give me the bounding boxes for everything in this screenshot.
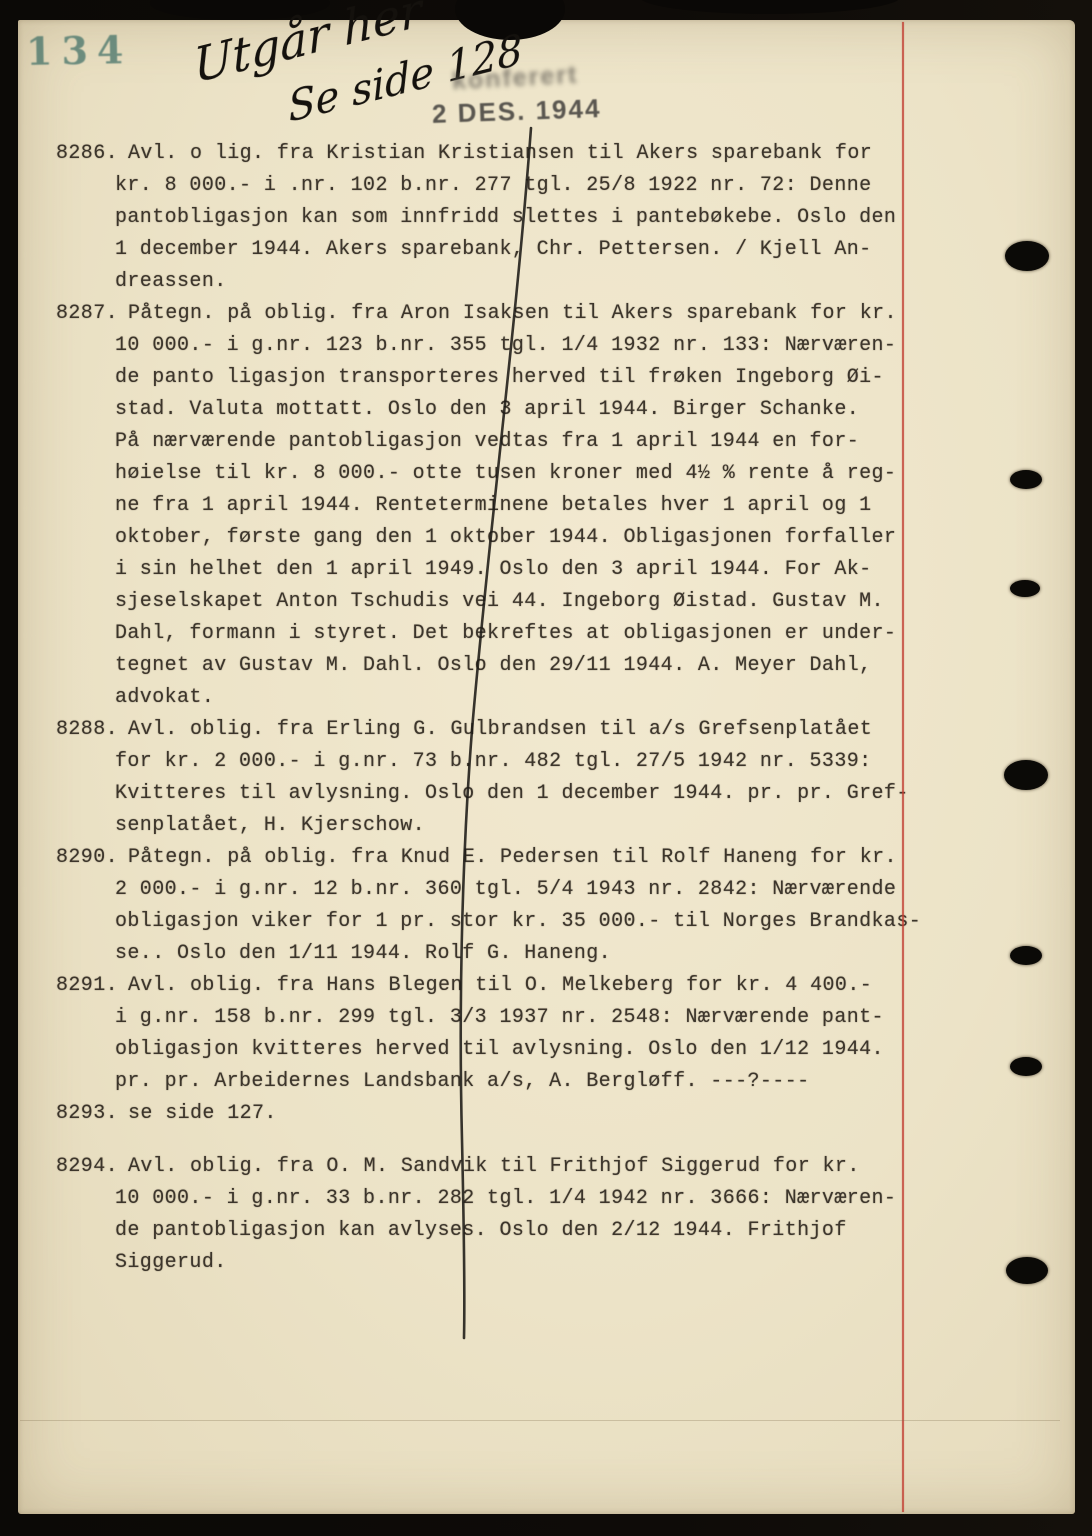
red-margin-rule <box>902 22 904 1512</box>
entry-line: 10 000.- i g.nr. 33 b.nr. 282 tgl. 1/4 1… <box>115 1183 956 1215</box>
entry-number: 8290. <box>56 842 118 874</box>
entry-line: Kvitteres til avlysning. Oslo den 1 dece… <box>115 778 956 810</box>
entry-number: 8287. <box>56 298 118 330</box>
entry-line: pantobligasjon kan som innfridd slettes … <box>115 202 956 234</box>
entry-line: for kr. 2 000.- i g.nr. 73 b.nr. 482 tgl… <box>115 746 956 778</box>
entry-line: ne fra 1 april 1944. Renteterminene beta… <box>115 490 956 522</box>
entry-line: i sin helhet den 1 april 1949. Oslo den … <box>115 554 956 586</box>
entry-line: oktober, første gang den 1 oktober 1944.… <box>115 522 956 554</box>
entry-line: Dahl, formann i styret. Det bekreftes at… <box>115 618 956 650</box>
entry-line: de pantobligasjon kan avlyses. Oslo den … <box>115 1215 956 1247</box>
punch-hole <box>1010 946 1042 965</box>
entry-line: 1 december 1944. Akers sparebank, Chr. P… <box>115 234 956 266</box>
entry-number: 8294. <box>56 1151 118 1183</box>
entry-line: Påtegn. på oblig. fra Aron Isaksen til A… <box>115 298 956 330</box>
punch-hole <box>1010 1057 1042 1076</box>
entry-line: sjeselskapet Anton Tschudis vei 44. Inge… <box>115 586 956 618</box>
entry-line: Avl. oblig. fra Hans Blegen til O. Melke… <box>115 970 956 1002</box>
entry-line: Avl. o lig. fra Kristian Kristiansen til… <box>115 138 956 170</box>
registry-entry: 8288. Avl. oblig. fra Erling G. Gulbrand… <box>56 714 956 842</box>
entry-lines: Påtegn. på oblig. fra Knud E. Pedersen t… <box>115 842 956 970</box>
entry-line: 10 000.- i g.nr. 123 b.nr. 355 tgl. 1/4 … <box>115 330 956 362</box>
entry-line: 2 000.- i g.nr. 12 b.nr. 360 tgl. 5/4 19… <box>115 874 956 906</box>
registry-entry: 8287. Påtegn. på oblig. fra Aron Isaksen… <box>56 298 956 714</box>
entry-line: de panto ligasjon transporteres herved t… <box>115 362 956 394</box>
entry-line: På nærværende pantobligasjon vedtas fra … <box>115 426 956 458</box>
entry-line: pr. pr. Arbeidernes Landsbank a/s, A. Be… <box>115 1066 956 1098</box>
entry-line: tegnet av Gustav M. Dahl. Oslo den 29/11… <box>115 650 956 682</box>
entry-lines: Avl. oblig. fra Hans Blegen til O. Melke… <box>115 970 956 1098</box>
entry-line: Avl. oblig. fra Erling G. Gulbrandsen ti… <box>115 714 956 746</box>
punch-hole <box>1010 470 1042 489</box>
entry-line: Avl. oblig. fra O. M. Sandvik til Frithj… <box>115 1151 956 1183</box>
entry-number: 8288. <box>56 714 118 746</box>
registry-entry: 8290. Påtegn. på oblig. fra Knud E. Pede… <box>56 842 956 970</box>
entries: 8286. Avl. o lig. fra Kristian Kristians… <box>56 138 956 1279</box>
page-number-stamp: 134 <box>26 27 133 74</box>
entry-line: dreassen. <box>115 266 956 298</box>
entry-number: 8286. <box>56 138 118 170</box>
entry-line: høielse til kr. 8 000.- otte tusen krone… <box>115 458 956 490</box>
registry-entry: 8291. Avl. oblig. fra Hans Blegen til O.… <box>56 970 956 1098</box>
entry-line: Siggerud. <box>115 1247 956 1279</box>
entry-line: stad. Valuta mottatt. Oslo den 3 april 1… <box>115 394 956 426</box>
entry-lines: se side 127. <box>115 1098 956 1130</box>
entry-line: advokat. <box>115 682 956 714</box>
entry-lines: Påtegn. på oblig. fra Aron Isaksen til A… <box>115 298 956 714</box>
punch-hole <box>1010 580 1040 597</box>
entry-line: Påtegn. på oblig. fra Knud E. Pedersen t… <box>115 842 956 874</box>
punch-hole <box>1005 241 1049 271</box>
entry-line: obligasjon kvitteres herved til avlysnin… <box>115 1034 956 1066</box>
paper-crease <box>20 1420 1060 1421</box>
entry-number: 8291. <box>56 970 118 1002</box>
entry-line: obligasjon viker for 1 pr. stor kr. 35 0… <box>115 906 956 938</box>
registry-entry: 8294. Avl. oblig. fra O. M. Sandvik til … <box>56 1151 956 1279</box>
registry-entry: 8293. se side 127. <box>56 1098 956 1130</box>
entry-line: se side 127. <box>115 1098 956 1130</box>
registry-entry: 8286. Avl. o lig. fra Kristian Kristians… <box>56 138 956 298</box>
entry-lines: Avl. o lig. fra Kristian Kristiansen til… <box>115 138 956 298</box>
entry-lines: Avl. oblig. fra Erling G. Gulbrandsen ti… <box>115 714 956 842</box>
entry-lines: Avl. oblig. fra O. M. Sandvik til Frithj… <box>115 1151 956 1279</box>
entry-number: 8293. <box>56 1098 118 1130</box>
scan-edge-mark <box>640 0 900 14</box>
punch-hole <box>1006 1257 1048 1284</box>
punch-hole <box>1004 760 1048 790</box>
date-stamp: 2 DES. 1944 <box>432 93 602 130</box>
entry-line: se.. Oslo den 1/11 1944. Rolf G. Haneng. <box>115 938 956 970</box>
entry-line: kr. 8 000.- i .nr. 102 b.nr. 277 tgl. 25… <box>115 170 956 202</box>
scanned-registry-page: 134 Utgår her Se side 128 konferert 2 DE… <box>0 0 1092 1536</box>
entry-line: senplatået, H. Kjerschow. <box>115 810 956 842</box>
entry-line: i g.nr. 158 b.nr. 299 tgl. 3/3 1937 nr. … <box>115 1002 956 1034</box>
